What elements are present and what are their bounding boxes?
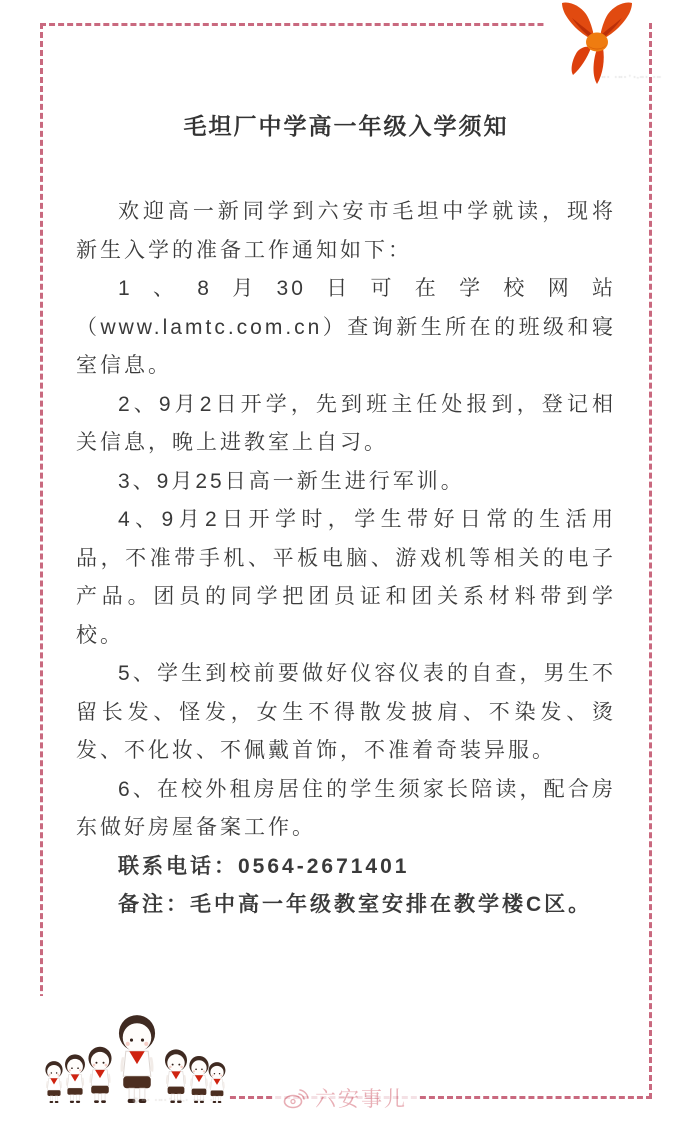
notice-item-5: 5、学生到校前要做好仪容仪表的自查，男生不留长发、怪发，女生不得散发披肩、不染发… bbox=[76, 655, 616, 771]
intro-paragraph: 欢迎高一新同学到六安市毛坦中学就读，现将新生入学的准备工作通知如下： bbox=[76, 193, 616, 270]
children-icon bbox=[36, 996, 228, 1108]
contact-phone: 联系电话：0564-2671401 bbox=[76, 848, 616, 887]
notice-item-6: 6、在校外租房居住的学生须家长陪读，配合房东做好房屋备案工作。 bbox=[76, 771, 616, 848]
weibo-icon bbox=[283, 1087, 309, 1109]
weibo-handle: 六安事儿 bbox=[315, 1083, 407, 1113]
notice-title: 毛坦厂中学高一年级入学须知 bbox=[76, 111, 616, 141]
notice-item-1: 1、8月30日可在学校网站（www.lamtc.com.cn）查询新生所在的班级… bbox=[76, 270, 616, 386]
children-illustration bbox=[36, 996, 228, 1108]
notice-item-3: 3、9月25日高一新生进行军训。 bbox=[76, 463, 616, 502]
notice-document: 毛坦厂中学高一年级入学须知 欢迎高一新同学到六安市毛坦中学就读，现将新生入学的准… bbox=[76, 0, 616, 925]
small-watermark-bottom: © ⠒⠂⠐⠒⠂'⠐⠒-⠂⠐⠒⠂⠐ bbox=[133, 1097, 213, 1105]
small-watermark-top: ⠒⠂⠐⠒⠂'⠐-⠒⠂⠐⠒ bbox=[601, 74, 662, 82]
note-remark: 备注：毛中高一年级教室安排在教学楼C区。 bbox=[76, 886, 616, 925]
notice-item-4: 4、9月2日开学时，学生带好日常的生活用品，不准带手机、平板电脑、游戏机等相关的… bbox=[76, 501, 616, 655]
notice-body: 欢迎高一新同学到六安市毛坦中学就读，现将新生入学的准备工作通知如下： 1、8月3… bbox=[76, 193, 616, 925]
notice-item-2: 2、9月2日开学，先到班主任处报到，登记相关信息，晚上进教室上自习。 bbox=[76, 386, 616, 463]
weibo-watermark: 六安事儿 bbox=[273, 1083, 417, 1113]
